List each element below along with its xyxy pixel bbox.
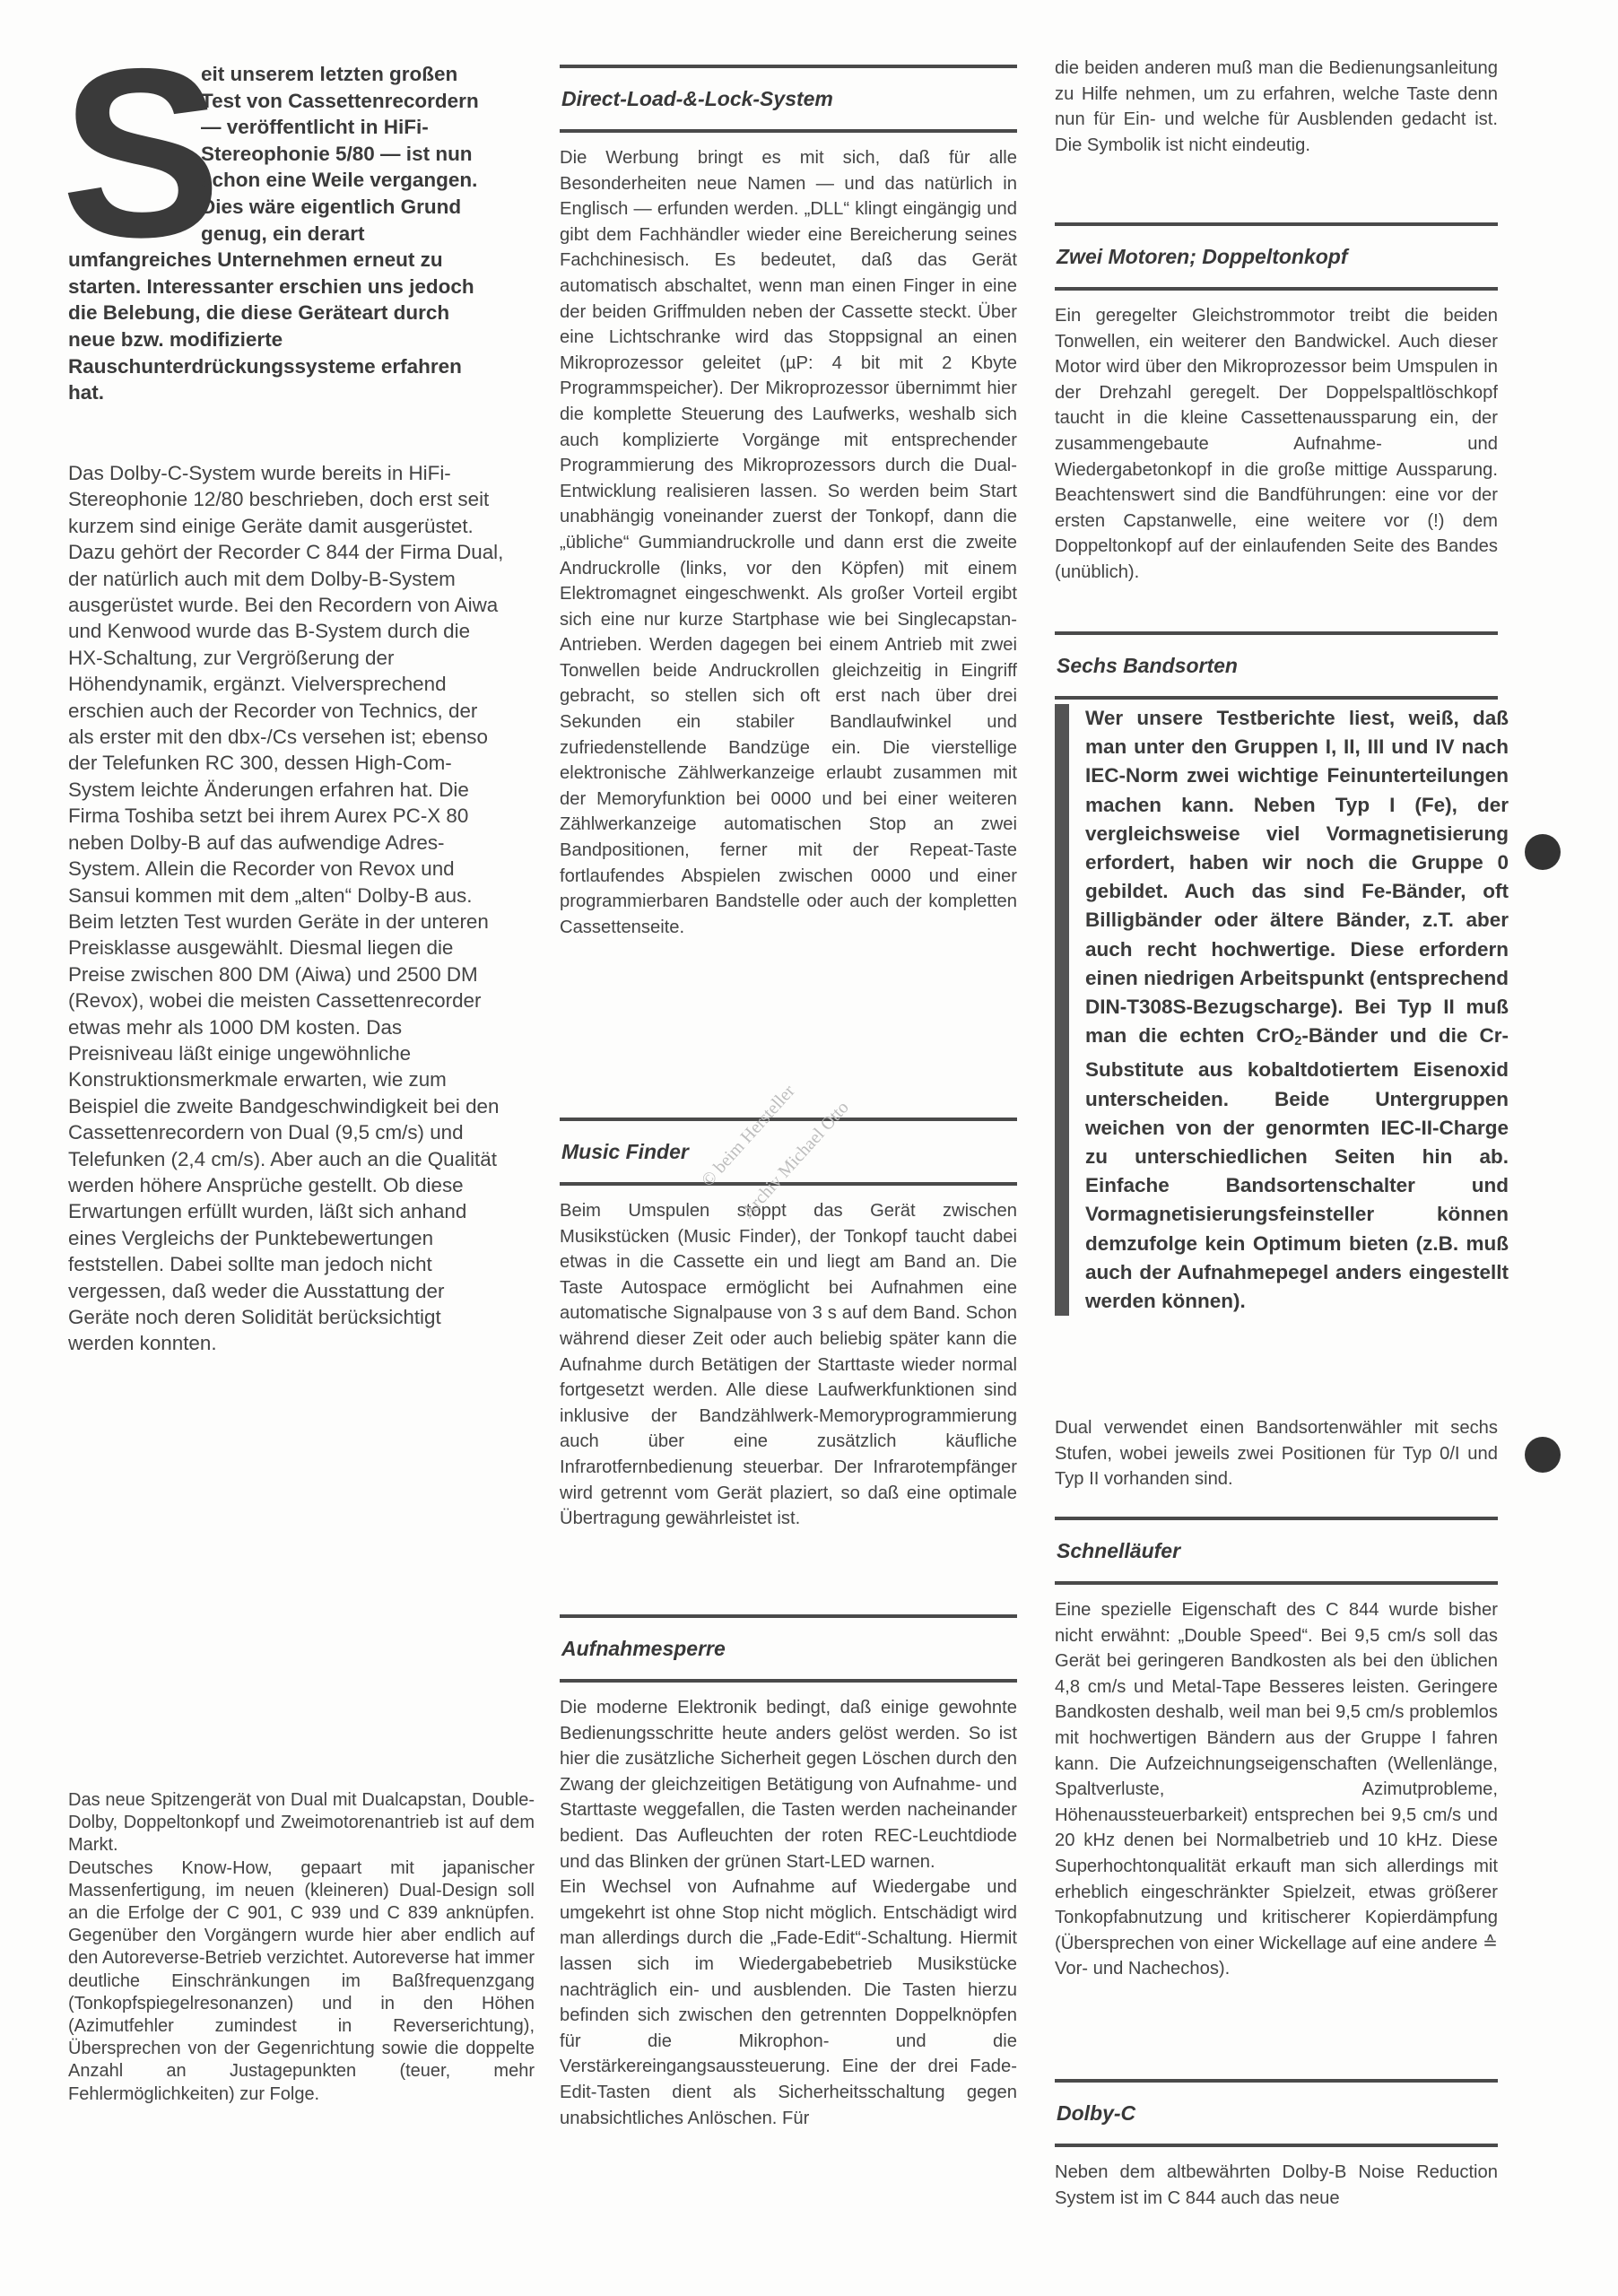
rule-divider — [1055, 2144, 1498, 2147]
paragraph: Ein geregelter Gleichstrommotor treibt d… — [1055, 303, 1498, 586]
rule-divider — [560, 1182, 1017, 1186]
paragraph: Das Dolby-C-System wurde bereits in HiFi… — [68, 460, 508, 909]
paragraph: Das neue Spitzengerät von Dual mit Dualc… — [68, 1789, 535, 1857]
section-heading: Dolby-C — [1055, 2079, 1498, 2147]
section-title: Zwei Motoren; Doppeltonkopf — [1055, 226, 1498, 287]
paragraph: Eine spezielle Eigenschaft des C 844 wur… — [1055, 1597, 1498, 1982]
paragraph: Dual verwendet einen Bandsortenwähler mi… — [1055, 1415, 1498, 1492]
highlight-text: Wer unsere Testberichte liest, weiß, daß… — [1085, 704, 1509, 1316]
drop-cap: S — [61, 63, 196, 242]
section-dolby-c: Dolby-C Neben dem altbewährten Dolby-B N… — [1055, 2079, 1498, 2211]
section-body: Eine spezielle Eigenschaft des C 844 wur… — [1055, 1597, 1498, 1982]
section-body: Neben dem altbewährten Dolby-B Noise Red… — [1055, 2160, 1498, 2211]
paragraph: Beim Umspulen stoppt das Gerät zwischen … — [560, 1198, 1017, 1532]
left-body: Das Dolby-C-System wurde bereits in HiFi… — [68, 460, 508, 1357]
highlight-box: Wer unsere Testberichte liest, weiß, daß… — [1055, 704, 1509, 1316]
punch-hole-icon — [1525, 834, 1561, 870]
section-title: Direct-Load-&-Lock-System — [560, 68, 1017, 129]
section-heading: Schnelläufer — [1055, 1517, 1498, 1585]
paragraph: Beim letzten Test wurden Geräte in der u… — [68, 909, 508, 1357]
section-aufnahmesperre: Aufnahmesperre Die moderne Elektronik be… — [560, 1614, 1017, 2131]
section-title: Dolby-C — [1055, 2083, 1498, 2144]
section-title: Aufnahmesperre — [560, 1618, 1017, 1679]
paragraph: Die moderne Elektronik bedingt, daß eini… — [560, 1695, 1017, 1874]
section-direct-load: Direct-Load-&-Lock-System Die Werbung br… — [560, 65, 1017, 940]
paragraph: Die Werbung bringt es mit sich, daß für … — [560, 145, 1017, 940]
section-title: Sechs Bandsorten — [1055, 635, 1498, 696]
lead-paragraph: Seit unserem letzten großen Test von Cas… — [68, 61, 499, 406]
section-body: Dual verwendet einen Bandsortenwähler mi… — [1055, 1415, 1498, 1492]
section-title: Music Finder — [560, 1121, 1017, 1182]
highlight-text-part: Wer unsere Testberichte liest, weiß, daß… — [1085, 707, 1509, 1047]
section-title: Schnelläufer — [1055, 1520, 1498, 1581]
section-heading: Music Finder — [560, 1118, 1017, 1186]
section-music-finder: Music Finder Beim Umspulen stoppt das Ge… — [560, 1118, 1017, 1532]
section-body: Die moderne Elektronik bedingt, daß eini… — [560, 1695, 1017, 2131]
highlight-text-part: -Bänder und die Cr-Substitute aus kobalt… — [1085, 1024, 1509, 1312]
section-zwei-motoren: Zwei Motoren; Doppeltonkopf Ein geregelt… — [1055, 222, 1498, 586]
section-body: Die Werbung bringt es mit sich, daß für … — [560, 145, 1017, 940]
continuation-text: die beiden anderen muß man die Bedienung… — [1055, 56, 1498, 158]
section-heading: Direct-Load-&-Lock-System — [560, 65, 1017, 133]
punch-hole-icon — [1525, 1437, 1561, 1473]
section-heading: Sechs Bandsorten — [1055, 631, 1498, 700]
paragraph: die beiden anderen muß man die Bedienung… — [1055, 56, 1498, 158]
section-body: Beim Umspulen stoppt das Gerät zwischen … — [560, 1198, 1017, 1532]
section-schnellaeufer: Schnelläufer Eine spezielle Eigenschaft … — [1055, 1517, 1498, 1982]
rule-divider — [1055, 696, 1498, 700]
paragraph: Neben dem altbewährten Dolby-B Noise Red… — [1055, 2160, 1498, 2211]
section-sechs-bandsorten: Sechs Bandsorten — [1055, 631, 1498, 700]
section-heading: Aufnahmesperre — [560, 1614, 1017, 1683]
rule-divider — [1055, 1581, 1498, 1585]
intro-box: Das neue Spitzengerät von Dual mit Dualc… — [68, 1789, 535, 2106]
magazine-page: Seit unserem letzten großen Test von Cas… — [0, 0, 1618, 2296]
section-body: Ein geregelter Gleichstrommotor treibt d… — [1055, 303, 1498, 586]
rule-divider — [1055, 287, 1498, 291]
section-heading: Zwei Motoren; Doppeltonkopf — [1055, 222, 1498, 291]
paragraph: Deutsches Know-How, gepaart mit japanisc… — [68, 1857, 535, 2106]
paragraph: Ein Wechsel von Aufnahme auf Wiedergabe … — [560, 1874, 1017, 2131]
rule-divider — [560, 1679, 1017, 1683]
rule-divider — [560, 129, 1017, 133]
